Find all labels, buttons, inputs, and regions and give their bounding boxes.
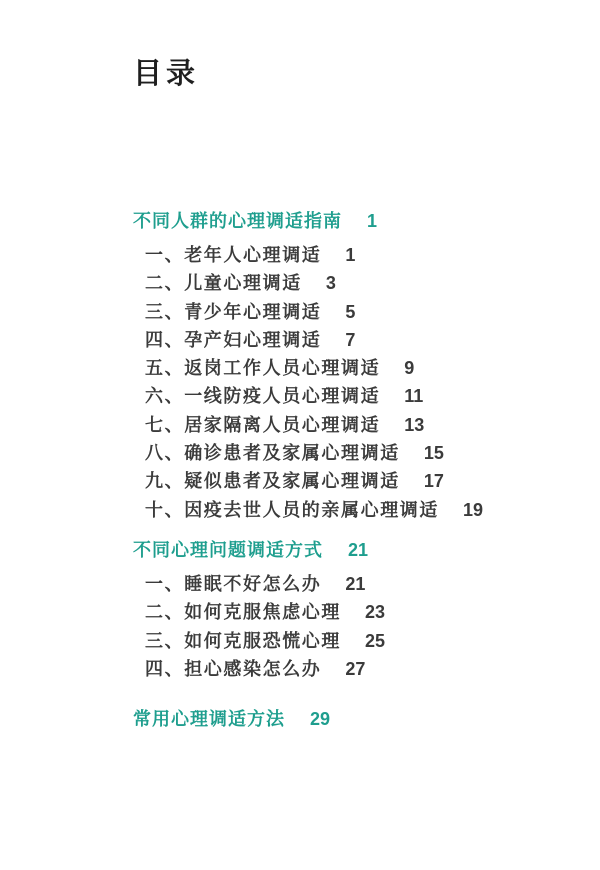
toc-entry-page-number: 1	[345, 245, 355, 265]
toc-entry-page-number: 9	[404, 358, 414, 378]
toc-entry-text: 二、儿童心理调适	[145, 273, 302, 293]
toc-entry-text: 一、睡眠不好怎么办	[145, 574, 321, 594]
toc-page: 目录 不同人群的心理调适指南1 一、老年人心理调适1 二、儿童心理调适3 三、青…	[0, 0, 600, 870]
toc-entry-text: 八、确诊患者及家属心理调适	[145, 443, 400, 463]
toc-entry: 六、一线防疫人员心理调适11	[145, 382, 570, 410]
section-page-number: 1	[367, 211, 377, 231]
section-heading-text: 不同人群的心理调适指南	[133, 211, 342, 231]
toc-entry: 三、青少年心理调适5	[145, 298, 570, 326]
toc-entry-text: 三、青少年心理调适	[145, 302, 321, 322]
toc-entry: 八、确诊患者及家属心理调适15	[145, 439, 570, 467]
toc-section: 不同人群的心理调适指南1 一、老年人心理调适1 二、儿童心理调适3 三、青少年心…	[133, 207, 570, 524]
page-title: 目录	[133, 58, 570, 90]
toc-sections: 不同人群的心理调适指南1 一、老年人心理调适1 二、儿童心理调适3 三、青少年心…	[133, 207, 570, 733]
toc-entry-text: 七、居家隔离人员心理调适	[145, 415, 380, 435]
toc-entry-page-number: 19	[463, 500, 483, 520]
toc-entry-text: 四、孕产妇心理调适	[145, 330, 321, 350]
section-heading: 不同人群的心理调适指南1	[133, 207, 570, 235]
toc-entry-page-number: 7	[345, 330, 355, 350]
toc-entry: 二、如何克服焦虑心理23	[145, 598, 570, 626]
toc-entry-text: 一、老年人心理调适	[145, 245, 321, 265]
section-page-number: 21	[348, 540, 368, 560]
toc-item-list: 一、睡眠不好怎么办21 二、如何克服焦虑心理23 三、如何克服恐慌心理25 四、…	[133, 570, 570, 683]
toc-entry-page-number: 3	[326, 273, 336, 293]
toc-entry-text: 六、一线防疫人员心理调适	[145, 386, 380, 406]
toc-entry-page-number: 11	[404, 386, 423, 406]
toc-entry: 三、如何克服恐慌心理25	[145, 627, 570, 655]
section-heading-text: 常用心理调适方法	[133, 709, 285, 729]
toc-entry-page-number: 23	[365, 602, 385, 622]
toc-section: 不同心理问题调适方式21 一、睡眠不好怎么办21 二、如何克服焦虑心理23 三、…	[133, 536, 570, 683]
toc-entry-text: 四、担心感染怎么办	[145, 659, 321, 679]
toc-entry: 一、睡眠不好怎么办21	[145, 570, 570, 598]
toc-entry-text: 三、如何克服恐慌心理	[145, 631, 341, 651]
toc-entry: 四、担心感染怎么办27	[145, 655, 570, 683]
toc-entry-page-number: 25	[365, 631, 385, 651]
toc-entry-page-number: 5	[345, 302, 355, 322]
toc-entry: 七、居家隔离人员心理调适13	[145, 411, 570, 439]
toc-entry: 二、儿童心理调适3	[145, 269, 570, 297]
section-heading: 不同心理问题调适方式21	[133, 536, 570, 564]
toc-entry: 十、因疫去世人员的亲属心理调适19	[145, 496, 570, 524]
toc-entry: 五、返岗工作人员心理调适9	[145, 354, 570, 382]
toc-entry-page-number: 27	[345, 659, 365, 679]
section-heading: 常用心理调适方法29	[133, 705, 570, 733]
toc-section: 常用心理调适方法29	[133, 705, 570, 733]
toc-entry-text: 五、返岗工作人员心理调适	[145, 358, 380, 378]
toc-entry: 四、孕产妇心理调适7	[145, 326, 570, 354]
toc-entry-text: 九、疑似患者及家属心理调适	[145, 471, 400, 491]
toc-entry-page-number: 13	[404, 415, 424, 435]
section-page-number: 29	[310, 709, 330, 729]
toc-entry: 一、老年人心理调适1	[145, 241, 570, 269]
toc-entry-page-number: 15	[424, 443, 444, 463]
toc-entry-page-number: 17	[424, 471, 444, 491]
toc-item-list: 一、老年人心理调适1 二、儿童心理调适3 三、青少年心理调适5 四、孕产妇心理调…	[133, 241, 570, 524]
toc-entry: 九、疑似患者及家属心理调适17	[145, 467, 570, 495]
toc-entry-text: 十、因疫去世人员的亲属心理调适	[145, 500, 439, 520]
toc-entry-page-number: 21	[345, 574, 365, 594]
toc-entry-text: 二、如何克服焦虑心理	[145, 602, 341, 622]
section-heading-text: 不同心理问题调适方式	[133, 540, 323, 560]
